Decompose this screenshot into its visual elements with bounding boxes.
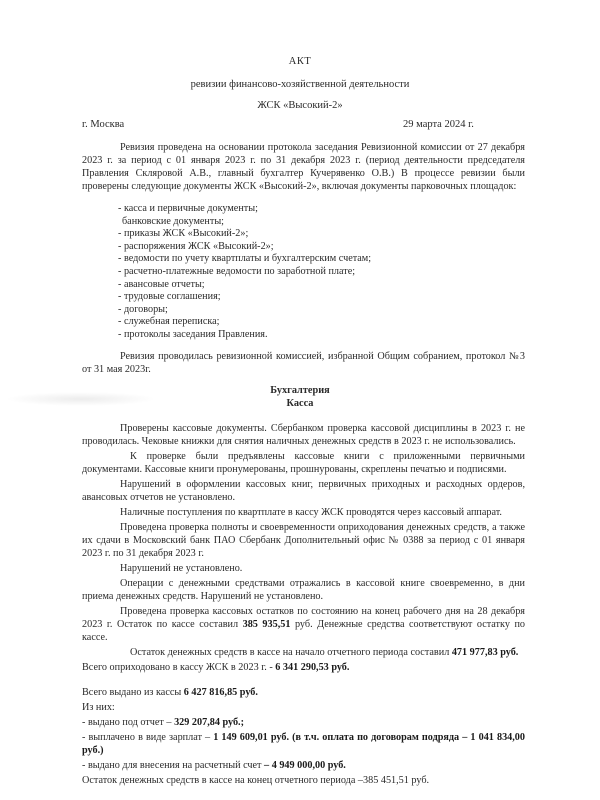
text: Всего выдано из кассы	[82, 687, 184, 698]
kassa-paragraph: Операции с денежными средствами отражали…	[82, 577, 525, 603]
closing-balance-amount: –385 451,51 руб.	[358, 775, 429, 786]
total-received-amount: 6 341 290,53 руб.	[275, 662, 349, 673]
section-heading: Бухгалтерия Касса	[0, 385, 600, 410]
list-item: - трудовые соглашения;	[118, 291, 518, 304]
issued-item-amount: 329 207,84 руб.;	[174, 717, 244, 728]
text: - выдано для внесения на расчетный счет	[82, 760, 264, 771]
kassa-paragraph: Проведена проверка полноты и своевременн…	[82, 521, 525, 560]
text: - выплачено в виде зарплат –	[82, 732, 213, 743]
opening-balance: Остаток денежных средств в кассе на нача…	[82, 646, 525, 659]
opening-balance-amount: 471 977,83 руб.	[452, 647, 519, 658]
cash-balance-check: Проведена проверка кассовых остатков по …	[82, 605, 525, 644]
kassa-paragraph: Нарушений в оформлении кассовых книг, пе…	[82, 478, 525, 504]
kassa-paragraph: К проверке были предъявлены кассовые кни…	[82, 450, 525, 476]
list-item: - служебная переписка;	[118, 316, 518, 329]
total-issued-amount: 6 427 816,85 руб.	[184, 687, 258, 698]
document-title: АКТ	[0, 55, 600, 68]
kassa-section: Проверены кассовые документы. Сбербанком…	[82, 422, 525, 789]
section-heading-kassa: Касса	[0, 398, 600, 411]
intro-paragraph: Ревизия проведена на основании протокола…	[82, 141, 525, 193]
cash-balance-amount: 385 935,51	[243, 619, 291, 630]
list-item: - протоколы заседания Правления.	[118, 329, 518, 342]
text: Всего оприходовано в кассу ЖСК в 2023 г.…	[82, 662, 275, 673]
list-item: банковские документы;	[118, 216, 518, 229]
kassa-paragraph: Наличные поступления по квартплате в кас…	[82, 506, 525, 519]
section-heading-accounting: Бухгалтерия	[0, 385, 600, 398]
issued-item: - выдано под отчет – 329 207,84 руб.;	[82, 716, 525, 729]
list-item: - авансовые отчеты;	[118, 279, 518, 292]
list-item: - приказы ЖСК «Высокий-2»;	[118, 228, 518, 241]
issued-item: - выплачено в виде зарплат – 1 149 609,0…	[82, 731, 525, 757]
kassa-paragraph: Проверены кассовые документы. Сбербанком…	[82, 422, 525, 448]
organization-name: ЖСК «Высокий-2»	[0, 99, 600, 112]
total-issued: Всего выдано из кассы 6 427 816,85 руб.	[82, 686, 525, 699]
city: г. Москва	[82, 118, 124, 131]
document-subtitle: ревизии финансово-хозяйственной деятельн…	[0, 78, 600, 91]
issued-item: - выдано для внесения на расчетный счет …	[82, 759, 525, 772]
closing-balance: Остаток денежных средств в кассе на коне…	[82, 774, 525, 787]
list-item: - расчетно-платежные ведомости по зарабо…	[118, 266, 518, 279]
total-received: Всего оприходовано в кассу ЖСК в 2023 г.…	[82, 661, 525, 674]
text: - выдано под отчет –	[82, 717, 174, 728]
documents-list: - касса и первичные документы; банковски…	[118, 203, 518, 342]
list-item: - касса и первичные документы;	[118, 203, 518, 216]
document-page: АКТ ревизии финансово-хозяйственной деят…	[0, 0, 600, 800]
document-date: 29 марта 2024 г.	[403, 118, 474, 131]
list-item: - ведомости по учету квартплаты и бухгал…	[118, 253, 518, 266]
text: Остаток денежных средств в кассе на нача…	[130, 647, 452, 658]
list-item: - распоряжения ЖСК «Высокий-2»;	[118, 241, 518, 254]
issued-item-amount: – 4 949 000,00 руб.	[264, 760, 346, 771]
list-item: - договоры;	[118, 304, 518, 317]
commission-paragraph: Ревизия проводилась ревизионной комиссие…	[82, 350, 525, 376]
kassa-paragraph: Нарушений не установлено.	[82, 562, 525, 575]
text: Остаток денежных средств в кассе на коне…	[82, 775, 358, 786]
of-them-label: Из них:	[82, 701, 525, 714]
